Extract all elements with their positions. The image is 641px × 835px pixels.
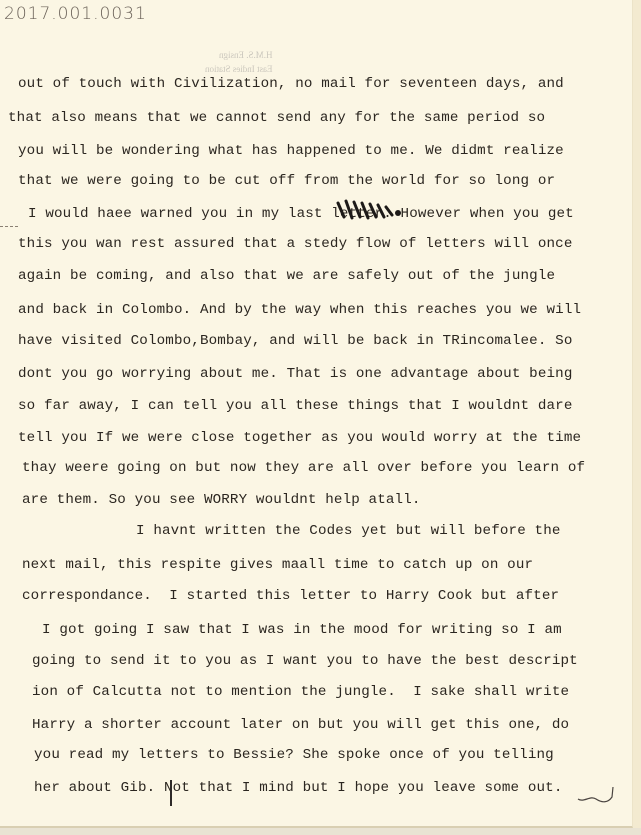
typed-line: I would haee warned you in my last lette…: [28, 206, 574, 222]
scan-edge-bottom: [0, 828, 641, 835]
typed-line: out of touch with Civilization, no mail …: [18, 76, 564, 92]
typed-line: tell you If we were close together as yo…: [18, 430, 581, 446]
scan-edge-right: [633, 0, 641, 828]
letter-page: 2017.001.0031 H.M.S. Ensign East Indies …: [0, 0, 633, 828]
ink-smudge-mark: [334, 199, 404, 221]
accession-number: 2017.001.0031: [4, 4, 147, 24]
typed-line: correspondance. I started this letter to…: [22, 588, 559, 604]
pen-underline-mark: [576, 785, 616, 805]
typed-line: that we were going to be cut off from th…: [18, 173, 555, 189]
typed-line: dont you go worrying about me. That is o…: [18, 366, 573, 382]
typed-line: so far away, I can tell you all these th…: [18, 398, 573, 414]
typed-line: you read my letters to Bessie? She spoke…: [34, 747, 554, 763]
typed-line: have visited Colombo,Bombay, and will be…: [18, 333, 573, 349]
letterhead-line: H.M.S. Ensign: [205, 48, 273, 62]
letterhead-bleedthrough: H.M.S. Ensign East Indies Station: [205, 48, 273, 76]
typed-line: and back in Colombo. And by the way when…: [18, 302, 581, 318]
typed-line: thay weere going on but now they are all…: [22, 460, 585, 476]
typed-line: are them. So you see WORRY wouldnt help …: [22, 492, 421, 508]
typed-line: I got going I saw that I was in the mood…: [42, 622, 562, 638]
typed-line: I havnt written the Codes yet but will b…: [136, 523, 561, 539]
typed-line: again be coming, and also that we are sa…: [18, 268, 555, 284]
typed-line: you will be wondering what has happened …: [18, 143, 564, 159]
typed-line: ion of Calcutta not to mention the jungl…: [32, 684, 569, 700]
margin-dash-mark: [0, 226, 18, 228]
typed-line: that also means that we cannot send any …: [8, 110, 545, 126]
typed-line: next mail, this respite gives maall time…: [22, 557, 533, 573]
typed-line: going to send it to you as I want you to…: [32, 653, 578, 669]
typed-line: this you wan rest assured that a stedy f…: [18, 236, 573, 252]
pen-insertion-mark: [170, 780, 172, 806]
letterhead-line: East Indies Station: [205, 62, 273, 76]
typed-line: her about Gib. Not that I mind but I hop…: [34, 780, 563, 796]
typed-line: Harry a shorter account later on but you…: [32, 717, 569, 733]
